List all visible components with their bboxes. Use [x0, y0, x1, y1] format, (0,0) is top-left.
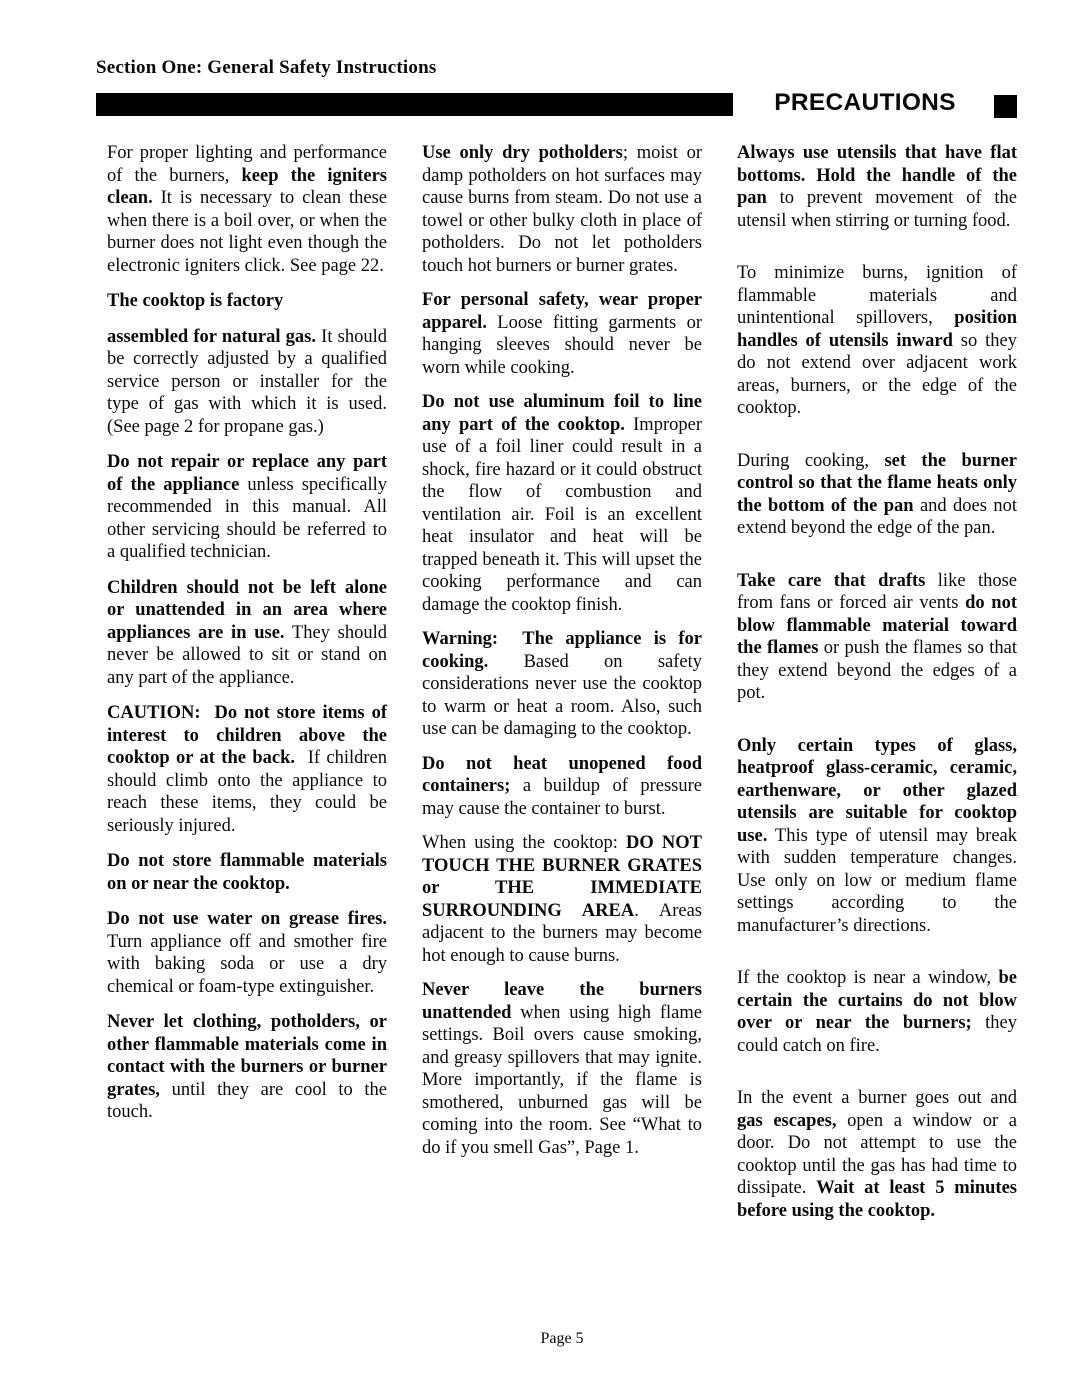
paragraph: Do not heat unopened food containers; a … — [422, 753, 702, 821]
bold-run: Take care that drafts — [737, 571, 925, 591]
page-number: Page 5 — [107, 1330, 1017, 1348]
paragraph: assembled for natural gas. It should be … — [107, 326, 387, 439]
text-run: During cooking, — [737, 451, 884, 471]
column-1: For proper lighting and performance of t… — [107, 142, 387, 1252]
paragraph: During cooking, set the burner control s… — [737, 450, 1017, 540]
header-square-marker — [994, 95, 1017, 118]
text-run: If the cooktop is near a window, — [737, 968, 999, 988]
paragraph: Do not store flammable materials on or n… — [107, 850, 387, 895]
paragraph: Never let clothing, potholders, or other… — [107, 1011, 387, 1124]
paragraph: For personal safety, wear proper apparel… — [422, 289, 702, 379]
manual-page: Section One: General Safety Instructions… — [0, 0, 1080, 1397]
paragraph: Do not repair or replace any part of the… — [107, 451, 387, 564]
paragraph: In the event a burner goes out and gas e… — [737, 1087, 1017, 1222]
text-run: to prevent movement of the utensil when … — [737, 188, 1017, 231]
header-bar — [96, 93, 733, 116]
text-run: Improper use of a foil liner could resul… — [422, 415, 702, 615]
precautions-title: PRECAUTIONS — [772, 91, 958, 115]
bold-run: gas escapes, — [737, 1111, 837, 1131]
text-run: This type of utensil may break with sudd… — [737, 826, 1017, 936]
column-2: Use only dry potholders; moist or damp p… — [422, 142, 702, 1252]
paragraph: When using the cooktop: DO NOT TOUCH THE… — [422, 832, 702, 967]
bold-run: Do not use water on grease fires. — [107, 909, 387, 929]
text-run: when using high flame settings. Boil ove… — [422, 1003, 702, 1158]
paragraph: Do not use water on grease fires. Turn a… — [107, 908, 387, 998]
text-columns: For proper lighting and performance of t… — [107, 142, 1017, 1252]
paragraph: Always use utensils that have flat botto… — [737, 142, 1017, 232]
paragraph: Children should not be left alone or una… — [107, 577, 387, 690]
paragraph: For proper lighting and performance of t… — [107, 142, 387, 277]
text-run: Turn appliance off and smother fire with… — [107, 932, 387, 997]
bold-run: Do not store flammable materials on or n… — [107, 851, 387, 894]
paragraph: Take care that drafts like those from fa… — [737, 570, 1017, 705]
column-3: Always use utensils that have flat botto… — [737, 142, 1017, 1252]
paragraph: Use only dry potholders; moist or damp p… — [422, 142, 702, 277]
paragraph: Warning: The appliance is for cooking. B… — [422, 628, 702, 741]
section-heading: Section One: General Safety Instructions — [96, 57, 436, 79]
bold-run: The cooktop is factory — [107, 291, 283, 311]
paragraph: To minimize burns, ignition of flammable… — [737, 262, 1017, 420]
bold-run: Use only dry potholders — [422, 143, 623, 163]
bold-run: assembled for natural gas. — [107, 327, 316, 347]
paragraph: Only certain types of glass, heatproof g… — [737, 735, 1017, 938]
paragraph: If the cooktop is near a window, be cert… — [737, 967, 1017, 1057]
text-run: In the event a burner goes out and — [737, 1088, 1017, 1108]
paragraph: The cooktop is factory — [107, 290, 387, 313]
paragraph: Never leave the burners unattended when … — [422, 979, 702, 1159]
text-run: When using the cooktop: — [422, 833, 626, 853]
paragraph: Do not use aluminum foil to line any par… — [422, 391, 702, 616]
paragraph: CAUTION: Do not store items of interest … — [107, 702, 387, 837]
